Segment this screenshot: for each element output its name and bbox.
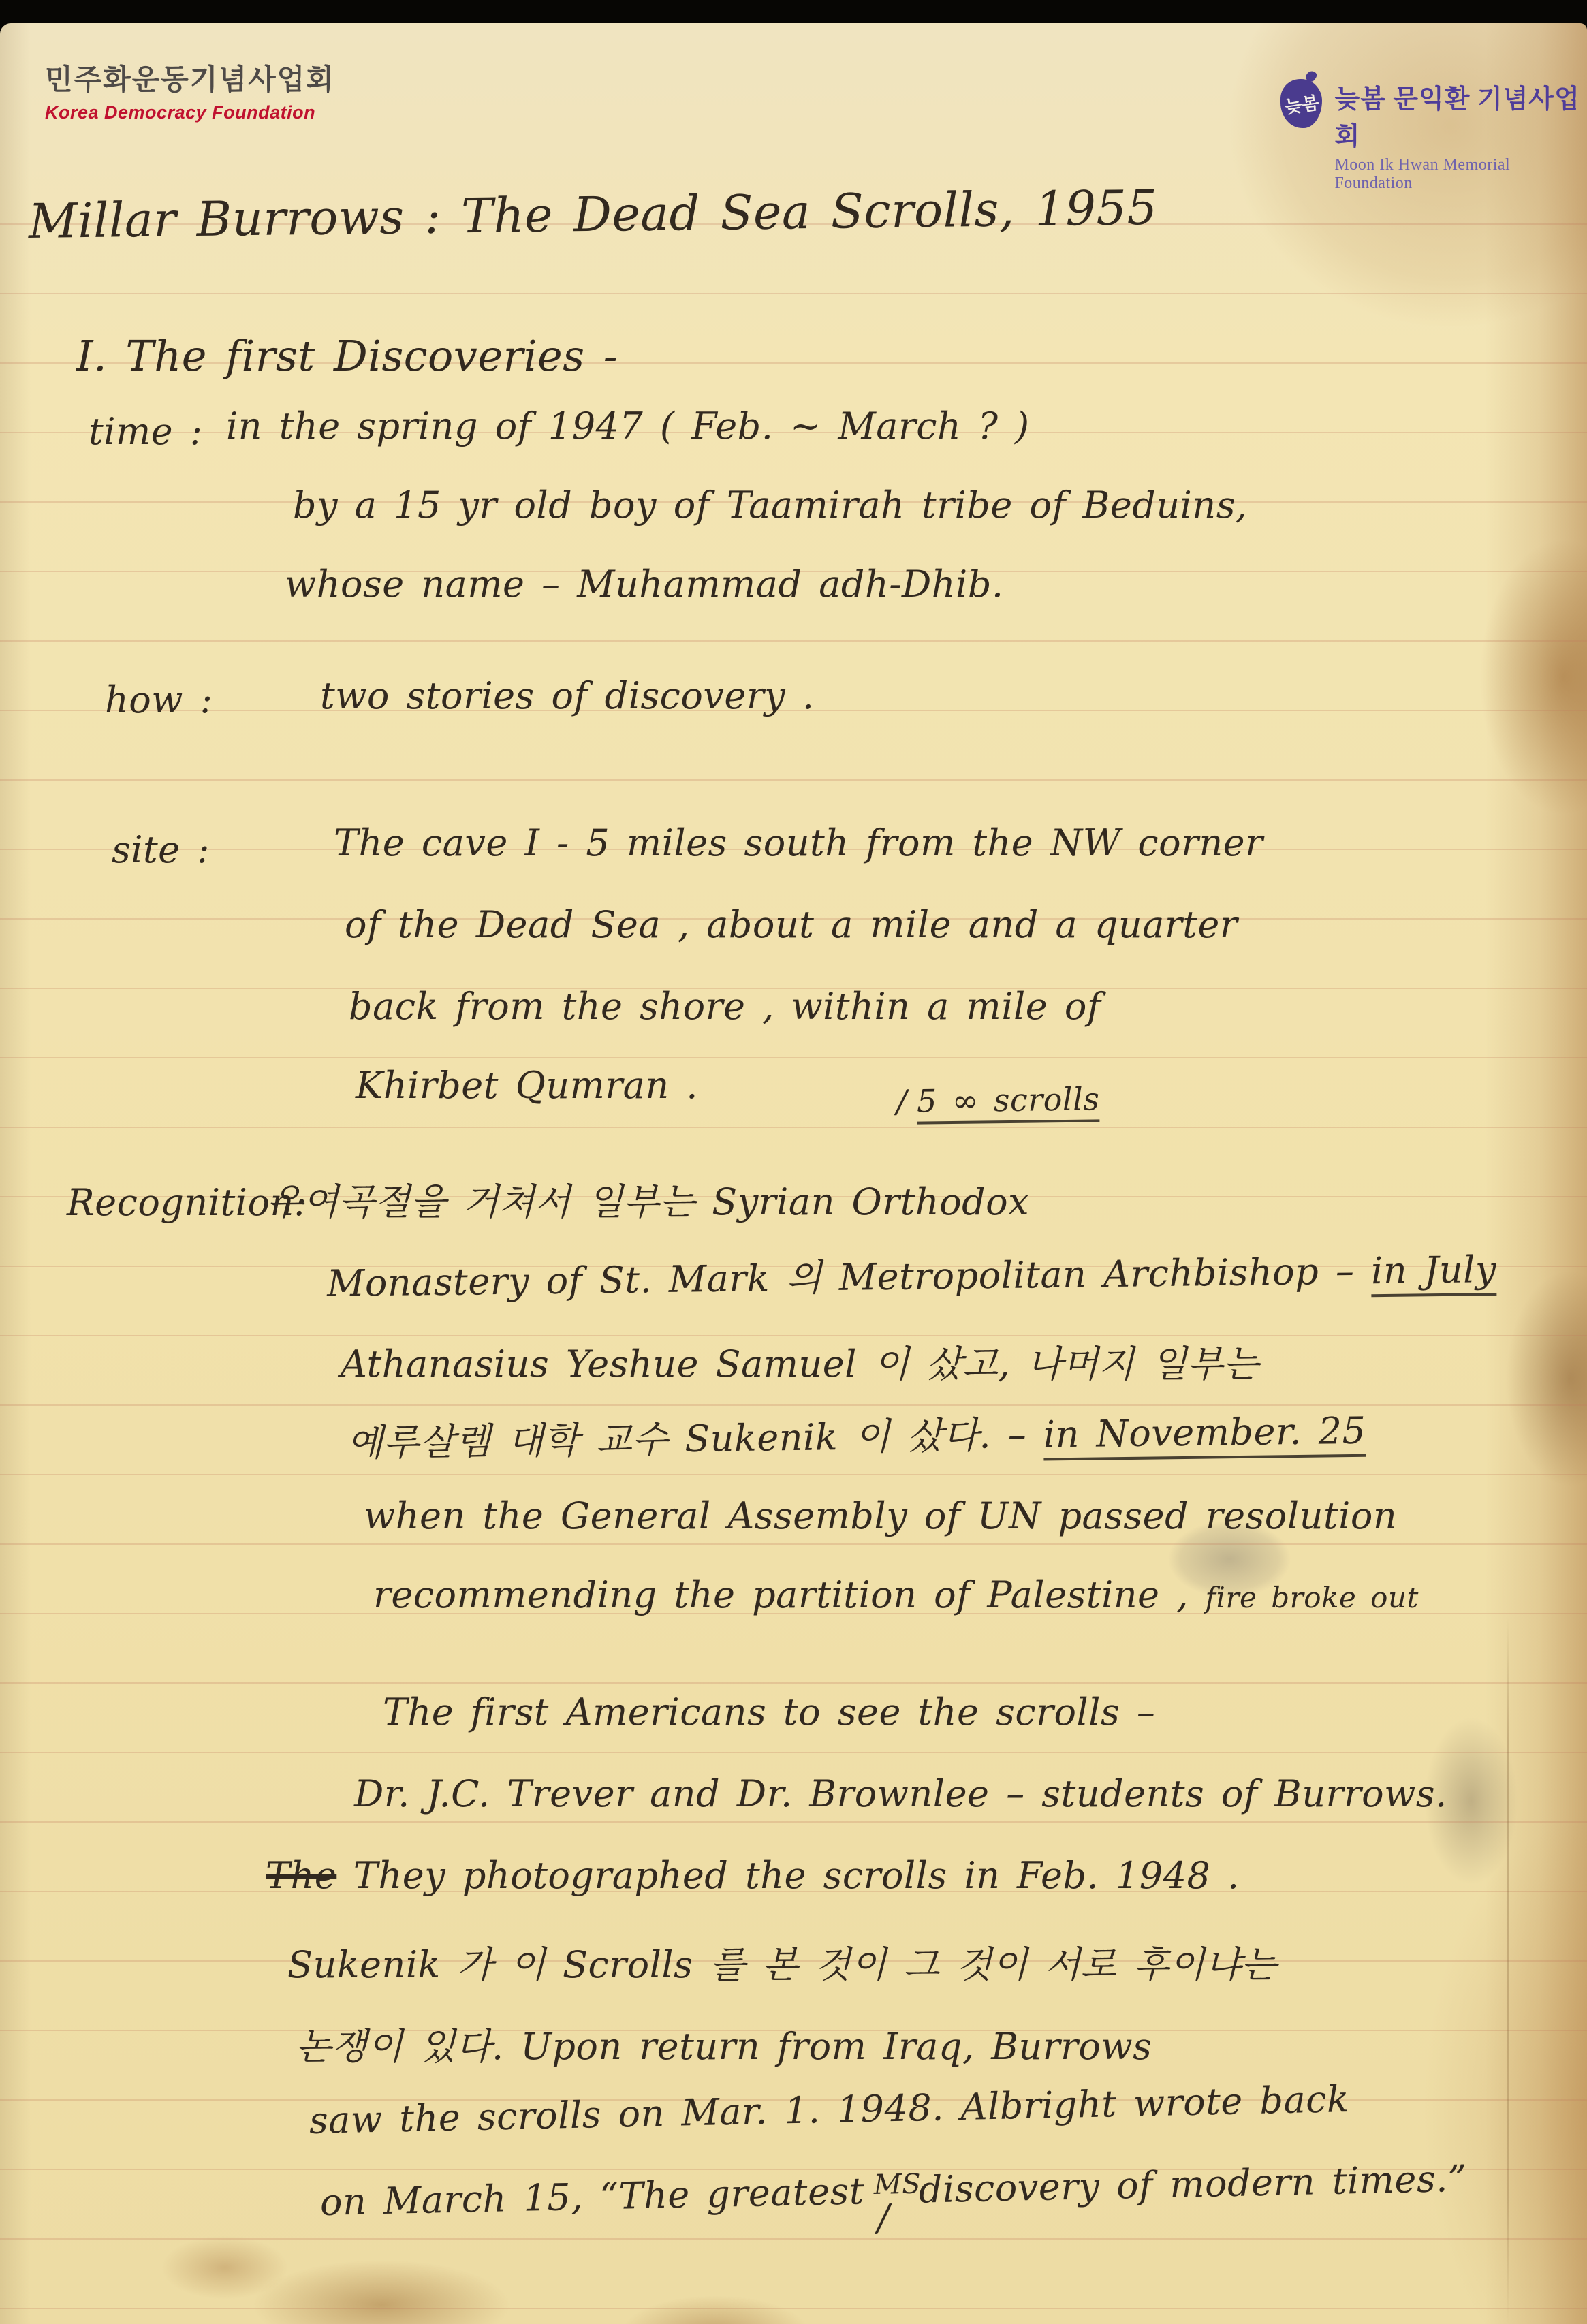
- time-label: time :: [89, 410, 203, 453]
- moon-logo-english: Moon Ik Hwan Memorial Foundation: [1334, 156, 1587, 193]
- recognition-line-1: 우여곡절을 거쳐서 일부는 Syrian Orthodox: [267, 1173, 1029, 1225]
- in-july-underlined: in July: [1371, 1248, 1497, 1297]
- sukenik-dispute-line-2: 논쟁이 있다. Upon return from Iraq, Burrows: [296, 2017, 1152, 2070]
- scroll-count-annotation: ∕5 ∞ scrolls: [896, 1080, 1100, 1120]
- site-line-3: back from the shore , within a mile of: [349, 985, 1101, 1028]
- sukenik-dispute-line-1: Sukenik 가 이 Scrolls 를 본 것이 그 것이 서로 후이냐는: [287, 1936, 1277, 1988]
- insertion-caret: ∕: [877, 2196, 890, 2239]
- time-line-1: in the spring of 1947 ( Feb. ~ March ? ): [226, 405, 1030, 447]
- moon-seal-text: 늦봄: [1283, 89, 1320, 119]
- scanned-document: { "header": { "kdf": { "korean": "민주화운동기…: [0, 0, 1587, 2324]
- recognition-line-4-text: 예루살렘 대학 교수 Sukenik 이 샀다. –: [347, 1413, 1044, 1464]
- time-line-3: whose name – Muhammad adh-Dhib.: [285, 563, 1004, 606]
- fire-broke-out-note: fire broke out: [1206, 1581, 1419, 1614]
- kdf-logo-english: Korea Democracy Foundation: [45, 102, 335, 123]
- dispute-korean-text: 논쟁이 있다.: [296, 2025, 504, 2068]
- moon-logo-text: 늦봄 문익환 기념사업회 Moon Ik Hwan Memorial Found…: [1334, 78, 1587, 193]
- site-line-4: Khirbet Qumran .: [356, 1064, 698, 1107]
- americans-line-2: Dr. J.C. Trever and Dr. Brownlee – stude…: [354, 1772, 1447, 1815]
- notebook-paper: 민주화운동기념사업회 Korea Democracy Foundation 늦봄…: [0, 23, 1587, 2324]
- moon-seal-icon: 늦봄: [1280, 79, 1322, 128]
- scroll-count-text: 5 ∞ scrolls: [917, 1080, 1100, 1124]
- site-label: site :: [112, 828, 210, 871]
- kdf-logo: 민주화운동기념사업회 Korea Democracy Foundation: [45, 57, 335, 123]
- upon-return-text: Upon return from Iraq, Burrows: [504, 2025, 1152, 2068]
- americans-line-1: The first Americans to see the scrolls –: [383, 1691, 1155, 1733]
- crossed-out-word: The: [266, 1854, 336, 1897]
- recognition-line-6-text: recommending the partition of Palestine …: [373, 1573, 1206, 1616]
- site-line-1: The cave I - 5 miles south from the NW c…: [334, 821, 1263, 864]
- ms-insertion: MS∕: [864, 2203, 919, 2204]
- how-line-1: two stories of discovery .: [320, 674, 815, 717]
- in-november-underlined: in November. 25: [1043, 1409, 1366, 1461]
- moon-foundation-logo: 늦봄 늦봄 문익환 기념사업회 Moon Ik Hwan Memorial Fo…: [1280, 78, 1587, 193]
- recognition-line-3: Athanasius Yeshue Samuel 이 샀고, 나머지 일부는: [341, 1335, 1259, 1387]
- recognition-line-6: recommending the partition of Palestine …: [373, 1573, 1419, 1616]
- how-label: how :: [105, 678, 213, 721]
- section-heading: I. The first Discoveries -: [76, 331, 618, 381]
- moon-logo-korean: 늦봄 문익환 기념사업회: [1334, 78, 1587, 153]
- insert-mark: ∕: [896, 1083, 908, 1120]
- americans-line-3-text: They photographed the scrolls in Feb. 19…: [336, 1854, 1239, 1897]
- americans-line-3: The They photographed the scrolls in Feb…: [266, 1854, 1240, 1897]
- paper-crease: [1507, 1617, 1509, 2324]
- site-line-2: of the Dead Sea , about a mile and a qua…: [345, 903, 1238, 946]
- kdf-logo-korean: 민주화운동기념사업회: [45, 57, 335, 98]
- time-line-2: by a 15 yr old boy of Taamirah tribe of …: [293, 484, 1248, 527]
- recognition-line-5: when the General Assembly of UN passed r…: [364, 1494, 1397, 1537]
